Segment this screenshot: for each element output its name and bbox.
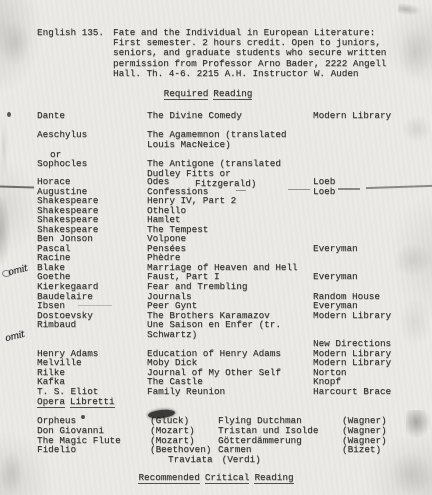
publisher [313,215,429,225]
publisher: Everyman [313,272,429,282]
heading-word: Opera [37,397,65,408]
publisher: Modern Library [313,311,429,321]
opera-name: Fidelio [37,445,150,455]
heading-word: Recommended [138,473,199,484]
heading-word: Libretti [70,397,115,408]
table-row: Dante The Divine Comedy Modern Library [37,111,427,121]
composer: (Bizet) [342,445,429,455]
title: The Agamemnon (translated Louis MacNeice… [147,130,313,150]
publisher [313,206,429,216]
scanned-syllabus-page: English 135. Fate and the Individual in … [0,0,432,495]
table-row: Traviata(Verdi) [37,455,429,465]
author: Dante [37,111,147,121]
publisher: Everyman [313,244,429,254]
publisher: Harcourt Brace [313,387,429,397]
publisher: Loeb [313,187,429,197]
table-row: BlakeMarriage of Heaven and Hell [37,263,429,273]
course-header: English 135. Fate and the Individual in … [37,28,409,79]
title: Family Reunion [147,387,313,397]
opera-name: Traviata [168,454,213,465]
smudge-artifact [0,20,30,66]
publisher: Modern Library [313,111,427,121]
heading-word: Critical [205,473,250,484]
table-row: ShakespeareThe Tempest [37,225,429,235]
table-row: PascalPenséesEveryman [37,244,429,254]
required-reading-heading: RequiredReading [0,89,424,100]
handwritten-omit-note: omit [4,329,26,344]
handwritten-omit-note: omit [7,263,29,278]
opera-libretti-list: Orpheus(Gluck)Flying Dutchman(Wagner) Do… [37,416,429,465]
smudge-artifact [397,1,425,18]
title: Une Saison en Enfer (tr. Schwartz) [147,320,313,339]
publisher [313,130,427,150]
table-row: RimbaudUne Saison en Enfer (tr. Schwartz… [37,320,429,339]
table-row: HoraceOdesLoeb [37,177,429,187]
smudge-artifact [0,118,8,178]
heading-word: Required [164,89,209,100]
heading-word: Reading [254,473,293,484]
author: Rimbaud [37,320,147,339]
fold-crease-artifact [0,186,34,189]
publisher [313,320,429,339]
publisher [313,225,429,235]
course-number: English 135. [37,28,113,38]
heading-word: Reading [213,89,252,100]
composer: (Verdi) [222,454,261,465]
table-row: Aeschylus The Agamemnon (translated Loui… [37,130,427,150]
opera-libretti-heading: OperaLibretti [37,397,115,408]
title: The Divine Comedy [147,111,313,121]
table-row: Ben JonsonVolpone [37,234,429,244]
required-reading-list: HoraceOdesLoeb AugustineConfessionsLoeb … [37,177,429,397]
table-row: BaudelaireJournalsRandom House [37,292,429,302]
publisher [313,253,429,263]
publisher [313,196,429,206]
smudge-artifact [0,196,10,266]
table-row: RilkeJournal of My Other SelfNorton [37,368,429,378]
author: Aeschylus [37,130,147,150]
course-description-line: Hall. Th. 4-6. 2215 A.H. Instructor W. A… [37,69,409,79]
ink-mark-artifact [7,112,11,117]
recommended-critical-reading-heading: RecommendedCriticalReading [0,473,432,484]
